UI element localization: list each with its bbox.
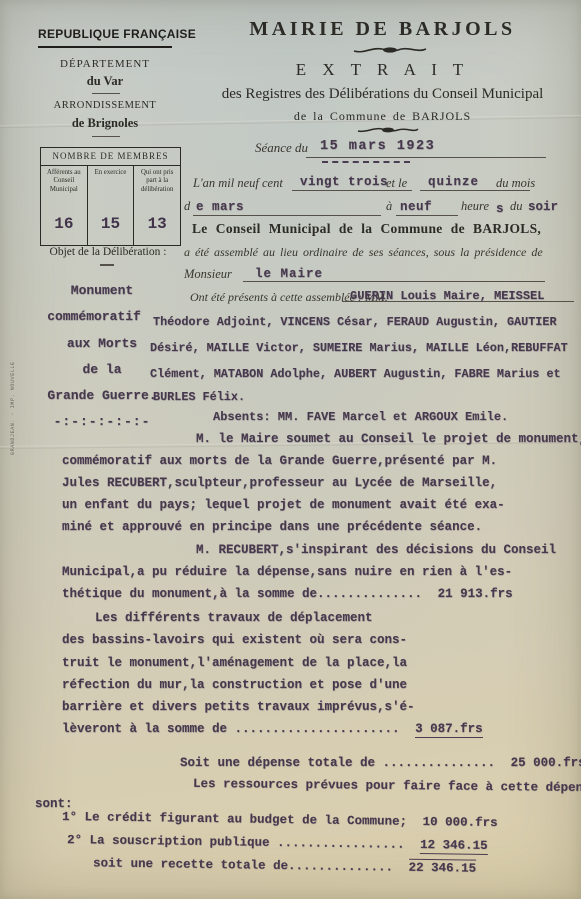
amount-line: soit une recette totale de..............… xyxy=(93,856,476,875)
amount-line-text: soit une recette totale de.............. xyxy=(93,856,393,874)
district-value: de Brignoles xyxy=(38,116,172,131)
form-rule xyxy=(396,215,458,216)
form-rule xyxy=(306,157,546,158)
amount-line-text: 1° Le crédit figurant au budget de la Co… xyxy=(62,810,407,829)
amount-value: 21 913.frs xyxy=(438,587,513,601)
paragraph-line: Les ressources prévues pour faire face à… xyxy=(193,777,581,795)
paragraph-line: M. RECUBERT,s'inspirant des décisions du… xyxy=(196,543,556,557)
amount-value: 10 000.frs xyxy=(422,815,497,830)
document-page: REPUBLIQUE FRANÇAISE DÉPARTEMENT du Var … xyxy=(0,0,581,899)
amount-line-text: Soit une dépense totale de .............… xyxy=(180,756,495,770)
seance-label: Séance du xyxy=(255,140,308,156)
paragraph-line: des bassins-lavoirs qui existent où sera… xyxy=(62,633,407,647)
paragraph-line: Les différents travaux de déplacement xyxy=(95,611,373,625)
paragraph-line: réfection du mur,la construction et pose… xyxy=(62,678,407,692)
present-line: Désiré, MAILLE Victor, SUMEIRE Marius, M… xyxy=(150,341,568,355)
members-col-label: Qui ont pris part à la délibération xyxy=(134,166,180,205)
members-table-title: NOMBRE DE MEMBRES xyxy=(41,148,180,166)
republic-heading: REPUBLIQUE FRANÇAISE xyxy=(38,27,172,48)
page-title: MAIRIE DE BARJOLS xyxy=(190,18,575,41)
seance-date: 15 mars 1923 xyxy=(320,139,435,154)
members-col-value: 15 xyxy=(88,205,134,245)
divider-rule xyxy=(100,264,114,266)
paragraph-line: Municipal,a pu réduire la dépense,sans n… xyxy=(62,565,512,579)
form-jour-typed: quinze xyxy=(428,175,479,189)
form-an-typed: vingt trois xyxy=(300,175,388,189)
present-line: Théodore Adjoint, VINCENS César, FERAUD … xyxy=(153,315,557,329)
amount-value: 3 087.frs xyxy=(415,722,483,738)
paragraph-line: M. le Maire soumet au Conseil le projet … xyxy=(196,432,581,446)
form-moment-typed: soir xyxy=(528,200,558,214)
typed-underline xyxy=(322,161,410,163)
form-d-printed: d xyxy=(184,199,190,214)
form-etle-printed: et le xyxy=(386,176,407,191)
form-heure-printed: heure xyxy=(461,199,489,214)
divider-rule xyxy=(92,93,120,94)
form-rule xyxy=(243,281,545,282)
commune-subheading: de la Commune de BARJOLS xyxy=(190,109,575,124)
form-du-printed: du xyxy=(510,199,523,214)
registres-subheading: des Registres des Délibérations du Conse… xyxy=(185,86,580,103)
amount-value: 12 346.15 xyxy=(420,838,488,855)
divider-rule xyxy=(92,136,120,137)
members-col-afferents: Afférents au Conseil Municipal 16 xyxy=(41,166,88,245)
members-col-participants: Qui ont pris part à la délibération 13 xyxy=(134,166,180,245)
amount-line: 1° Le crédit figurant au budget de la Co… xyxy=(62,810,498,830)
members-col-label: En exercice xyxy=(88,166,134,205)
ornament-flourish-icon xyxy=(352,44,428,56)
monsieur-printed: Monsieur xyxy=(184,267,232,282)
department-value: du Var xyxy=(38,74,172,89)
form-mois-typed: e mars xyxy=(196,200,244,214)
department-label: DÉPARTEMENT xyxy=(38,58,172,70)
present-line: Clément, MATABON Adolphe, AUBERT Augusti… xyxy=(150,367,561,381)
monsieur-typed: le Maire xyxy=(255,267,323,281)
form-heure-typed: neuf xyxy=(400,200,432,214)
extrait-heading: E X T R A I T xyxy=(190,60,575,80)
paragraph-line: sont: xyxy=(35,797,73,811)
paragraph-line: miné et approuvé en principe dans une pr… xyxy=(62,520,482,534)
amount-value: 22 346.15 xyxy=(408,859,476,876)
paragraph-line: truit le monument,l'aménagement de la pl… xyxy=(62,656,407,670)
amount-line: lèveront à la somme de .................… xyxy=(62,722,483,736)
members-col-value: 13 xyxy=(134,205,180,245)
conseil-statement: Le Conseil Municipal de la Commune de BA… xyxy=(192,221,541,237)
amount-line: Soit une dépense totale de .............… xyxy=(180,756,581,770)
members-col-label: Afférents au Conseil Municipal xyxy=(41,166,87,205)
presents-typed: GUERIN Louis Maire, MEISSEL xyxy=(350,289,544,303)
absents-line: Absents: MM. FAVE Marcel et ARGOUX Emile… xyxy=(213,410,508,424)
members-col-value: 16 xyxy=(41,205,87,245)
paragraph-line: Jules RECUBERT,sculpteur,professeur au L… xyxy=(62,476,497,490)
present-line: BURLES Félix. xyxy=(153,390,245,404)
objet-label: Objet de la Délibération : xyxy=(28,246,188,258)
district-label: ARRONDISSEMENT xyxy=(38,100,172,111)
amount-line-text: thétique du monument,à la somme de......… xyxy=(62,587,422,601)
members-table: NOMBRE DE MEMBRES Afférents au Conseil M… xyxy=(40,147,181,246)
objet-line: Monument xyxy=(22,283,182,298)
paragraph-line: commémoratif aux morts de la Grande Guer… xyxy=(62,454,497,468)
ornament-flourish-icon xyxy=(356,125,420,135)
amount-line-text: lèveront à la somme de .................… xyxy=(62,722,400,736)
form-dumois-printed: du mois xyxy=(496,176,535,191)
form-rule xyxy=(193,215,381,216)
amount-line: 2° La souscription publique ............… xyxy=(67,833,488,853)
amount-line-text: 2° La souscription publique ............… xyxy=(67,833,405,852)
form-a-printed: à xyxy=(386,199,392,214)
objet-flourish: -:-:-:-:-:- xyxy=(22,414,182,429)
paragraph-line: un enfant du pays; lequel projet de monu… xyxy=(62,498,505,512)
objet-line: commémoratif xyxy=(14,309,174,324)
form-s-typed: s xyxy=(496,202,504,216)
paragraph-line: barrière et divers petits travaux imprév… xyxy=(62,700,415,714)
amount-value: 25 000.frs. xyxy=(511,756,581,770)
printer-imprint: GRANDJEAN. - IMP. NOUVELLE xyxy=(10,330,16,455)
members-col-exercice: En exercice 15 xyxy=(88,166,135,245)
form-an-printed: L'an mil neuf cent xyxy=(193,176,283,191)
assemble-statement: a été assemblé au lieu ordinaire de ses … xyxy=(184,245,543,260)
amount-line: thétique du monument,à la somme de......… xyxy=(62,587,513,601)
